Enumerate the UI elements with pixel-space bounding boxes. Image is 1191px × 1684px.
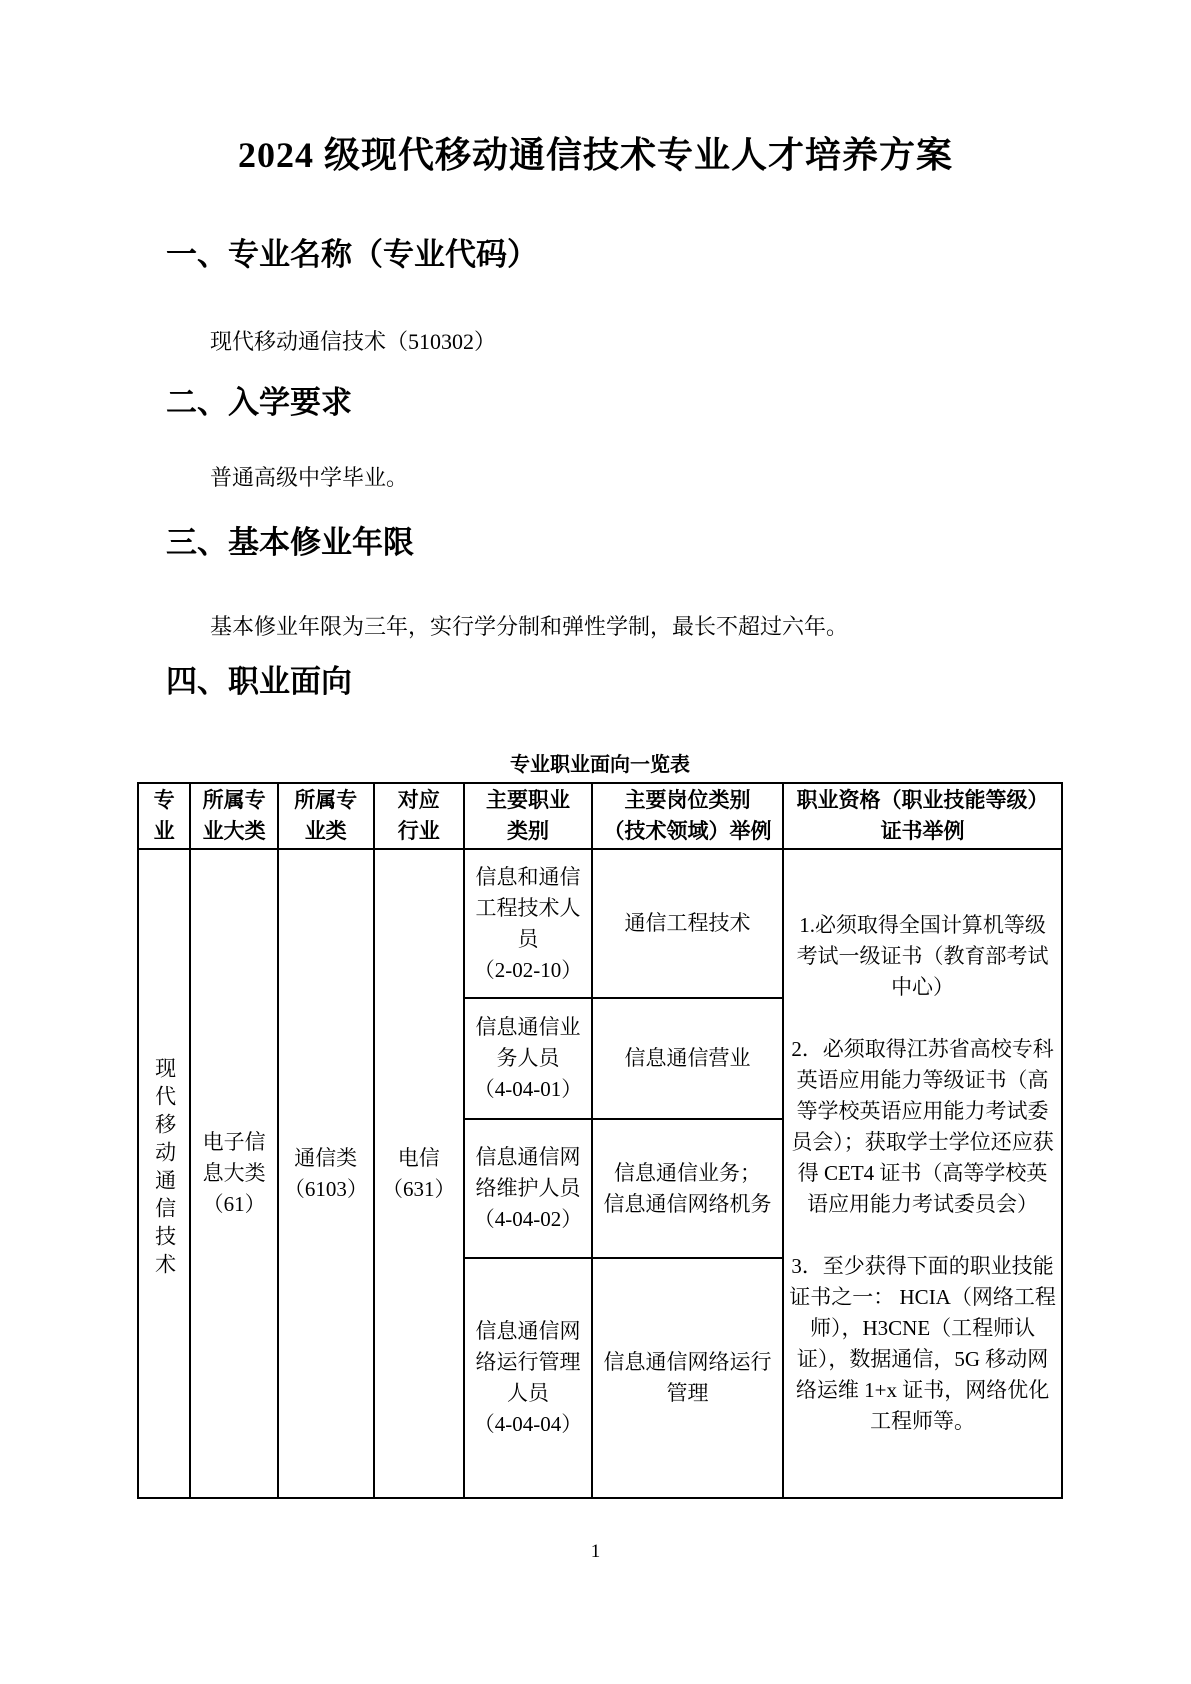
cell-major: 现代移动通信技术 <box>138 849 190 1498</box>
cell-occupation-1: 信息和通信 工程技术人 员 （2-02-10） <box>464 849 592 998</box>
col-header-major-category: 所属专 业大类 <box>190 783 278 849</box>
cell-major-category: 电子信 息大类 （61） <box>190 849 278 1498</box>
page-number: 1 <box>166 1541 1025 1563</box>
col-header-certificates: 职业资格（职业技能等级） 证书举例 <box>783 783 1062 849</box>
table-row: 现代移动通信技术 电子信 息大类 （61） 通信类 （6103） 电信 （631… <box>138 849 1062 998</box>
section-heading-admission: 二、入学要求 <box>166 380 1025 426</box>
career-table-caption: 专业职业面向一览表 <box>137 750 1063 780</box>
col-header-occupation: 主要职业 类别 <box>464 783 592 849</box>
document-title: 2024 级现代移动通信技术专业人才培养方案 <box>166 130 1025 180</box>
col-header-post-examples: 主要岗位类别 （技术领域）举例 <box>592 783 783 849</box>
major-name-text: 现代移动通信技术（510302） <box>166 324 1025 360</box>
career-table-block: 专业职业面向一览表 专 业 所属专 业大类 所属专 业类 对应 行业 主要职业 … <box>137 750 1063 1499</box>
col-header-industry: 对应 行业 <box>374 783 465 849</box>
section-heading-study-years: 三、基本修业年限 <box>166 520 1025 566</box>
cell-industry: 电信 （631） <box>374 849 465 1498</box>
major-vertical-text: 现代移动通信技术 <box>154 1057 175 1281</box>
certificate-item-1: 1.必须取得全国计算机等级考试一级证书（教育部考试中心） <box>789 910 1056 1003</box>
section-heading-career: 四、职业面向 <box>166 659 1025 705</box>
career-table: 专 业 所属专 业大类 所属专 业类 对应 行业 主要职业 类别 主要岗位类别 … <box>137 782 1063 1499</box>
section-heading-major-name: 一、专业名称（专业代码） <box>166 232 1025 278</box>
cell-post-1: 通信工程技术 <box>592 849 783 998</box>
cell-occupation-2: 信息通信业 务人员 （4-04-01） <box>464 998 592 1119</box>
cell-occupation-3: 信息通信网 络维护人员 （4-04-02） <box>464 1119 592 1258</box>
cell-occupation-4: 信息通信网 络运行管理 人员 （4-04-04） <box>464 1258 592 1498</box>
career-table-header-row: 专 业 所属专 业大类 所属专 业类 对应 行业 主要职业 类别 主要岗位类别 … <box>138 783 1062 849</box>
cell-major-class: 通信类 （6103） <box>278 849 374 1498</box>
col-header-major-class: 所属专 业类 <box>278 783 374 849</box>
cell-certificates: 1.必须取得全国计算机等级考试一级证书（教育部考试中心） 2．必须取得江苏省高校… <box>783 849 1062 1498</box>
cell-post-3: 信息通信业务； 信息通信网络机务 <box>592 1119 783 1258</box>
certificate-item-2: 2．必须取得江苏省高校专科英语应用能力等级证书（高等学校英语应用能力考试委员会）… <box>789 1034 1056 1220</box>
cell-post-4: 信息通信网络运行 管理 <box>592 1258 783 1498</box>
col-header-major: 专 业 <box>138 783 190 849</box>
document-page: 2024 级现代移动通信技术专业人才培养方案 一、专业名称（专业代码） 现代移动… <box>0 0 1191 1684</box>
study-years-text: 基本修业年限为三年，实行学分制和弹性学制，最长不超过六年。 <box>166 609 1025 645</box>
cell-post-2: 信息通信营业 <box>592 998 783 1119</box>
admission-text: 普通高级中学毕业。 <box>166 460 1025 496</box>
certificate-item-3: 3．至少获得下面的职业技能证书之一： HCIA（网络工程师），H3CNE（工程师… <box>789 1251 1056 1437</box>
